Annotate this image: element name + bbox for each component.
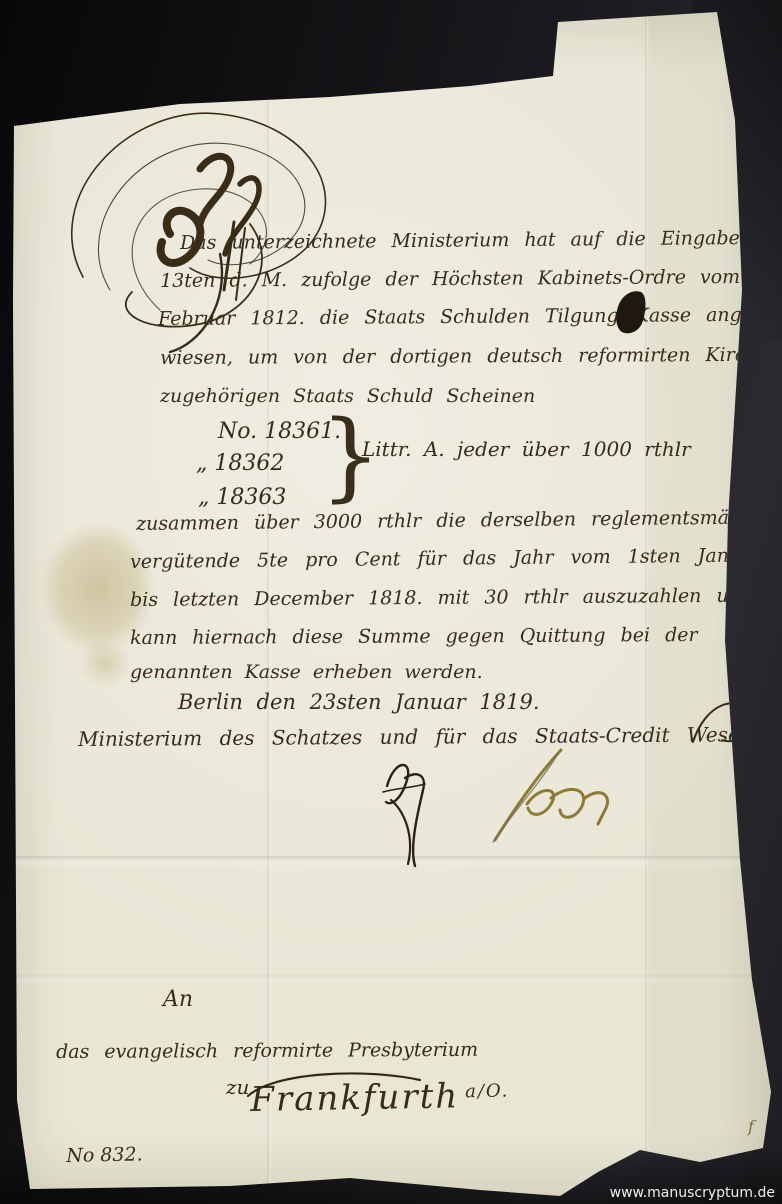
address-salutation: An — [163, 988, 193, 1012]
address-underline-swash — [244, 1066, 424, 1100]
corner-ink-mark: f — [748, 1118, 754, 1136]
photograph-of-manuscript: Das unterzeichnete Ministerium hat auf d… — [0, 0, 782, 1204]
address-place-suffix: a/O. — [465, 1080, 510, 1102]
dateline: Berlin den 23sten Januar 1819. — [178, 691, 540, 714]
registry-number: No 832. — [66, 1144, 143, 1166]
bond-denomination-note: Littr. A. jeder über 1000 rthlr — [362, 438, 691, 460]
issuer-line-swash — [688, 690, 758, 750]
signature-right-graphite-stroke — [493, 754, 558, 842]
body-line: bis letzten December 1818. mit 30 rthlr … — [130, 586, 753, 611]
bond-number: „ 18362 — [196, 452, 284, 476]
body-line: genannten Kasse erheben werden. — [130, 662, 483, 683]
address-line: das evangelisch reformirte Presbyterium — [56, 1040, 478, 1063]
website-watermark: www.manuscryptum.de — [610, 1185, 775, 1201]
body-line: 13ten d. M. zufolge der Höchsten Kabinet… — [160, 266, 782, 291]
letter-sheet: Das unterzeichnete Ministerium hat auf d… — [0, 0, 782, 1204]
body-line: wiesen, um von der dortigen deutsch refo… — [160, 345, 769, 369]
signature-left-dark-ink — [383, 765, 425, 866]
body-line: Februar 1812. die Staats Schulden Tilgun… — [158, 305, 760, 330]
bond-number: „ 18363 — [198, 486, 286, 510]
signatures — [345, 742, 660, 877]
body-line: kann hiernach diese Summe gegen Quittung… — [130, 625, 698, 649]
